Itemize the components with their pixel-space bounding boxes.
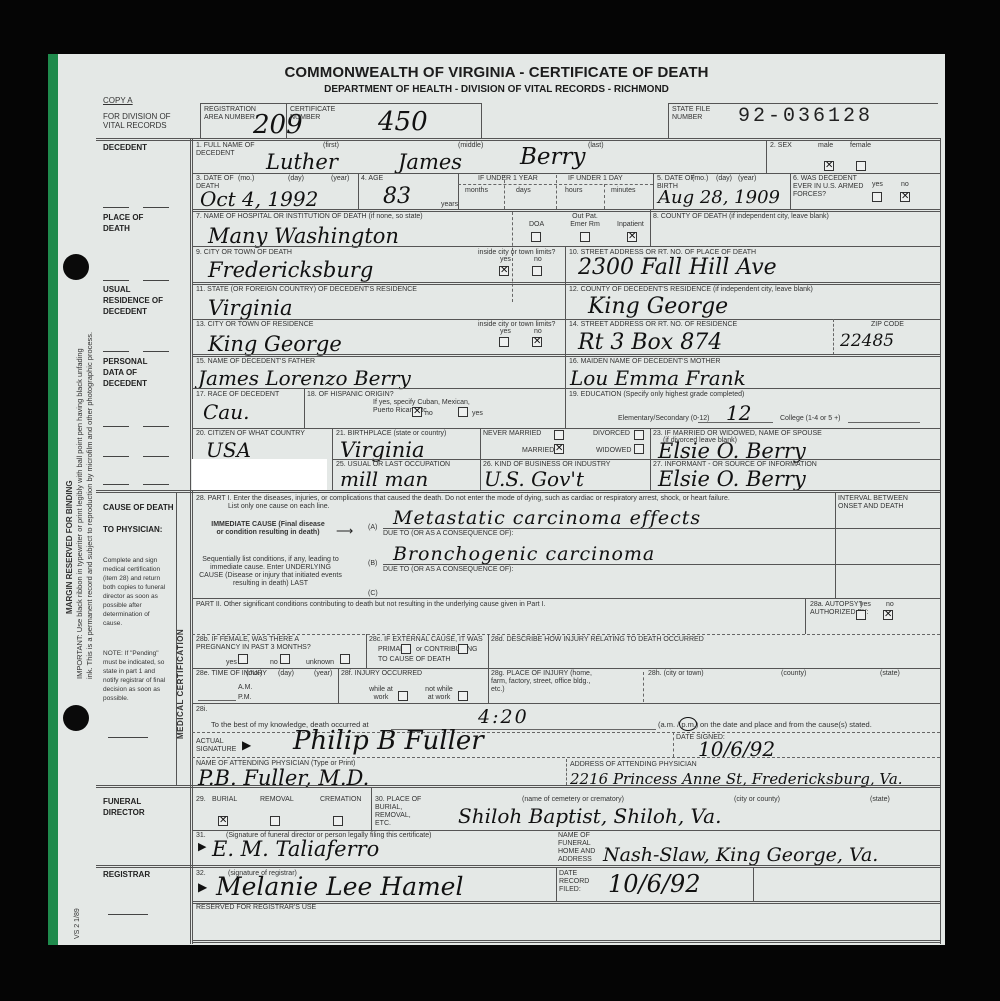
- middle-name-hint: (middle): [458, 142, 483, 150]
- days-label: days: [516, 187, 531, 195]
- residence-city: King George: [208, 332, 342, 356]
- f28f-label: 28f. INJURY OCCURRED: [341, 670, 422, 678]
- female-label: female: [850, 142, 871, 150]
- zip-code: 22485: [840, 331, 894, 351]
- f3-year: (year): [331, 175, 349, 183]
- death-inside-limits-no-checkbox[interactable]: [532, 266, 542, 276]
- pm-label: P.M.: [238, 694, 252, 702]
- margin-reserved-text: MARGIN RESERVED FOR BINDING: [65, 480, 74, 614]
- occupation: mill man: [340, 467, 428, 491]
- f20-label: 20. CITIZEN OF WHAT COUNTRY: [196, 430, 305, 438]
- date-of-birth: Aug 28, 1909: [658, 187, 780, 208]
- pregnancy-yes-checkbox[interactable]: [238, 654, 248, 664]
- f15-label: 15. NAME OF DECEDENT'S FATHER: [196, 358, 315, 366]
- zip-label: ZIP CODE: [871, 321, 904, 329]
- copy-for-label: FOR DIVISION OF VITAL RECORDS: [103, 112, 183, 130]
- business-industry: U.S. Gov't: [484, 467, 584, 491]
- f3-day: (day): [288, 175, 304, 183]
- certificate-value: 450: [378, 107, 428, 137]
- place-of-burial: Shiloh Baptist, Shiloh, Va.: [458, 804, 721, 828]
- due-to-label-b: DUE TO (OR AS A CONSEQUENCE OF):: [383, 566, 513, 574]
- form-code: VS 2 1/89: [74, 908, 81, 939]
- f7-label: 7. NAME OF HOSPITAL OR INSTITUTION OF DE…: [196, 213, 423, 221]
- f6-label: 6. WAS DECEDENT EVER IN U.S. ARMED FORCE…: [793, 175, 865, 199]
- f28b-label: 28b. IF FEMALE, WAS THERE A PREGNANCY IN…: [196, 636, 326, 652]
- immediate-cause-label: IMMEDIATE CAUSE (Final disease or condit…: [208, 521, 328, 537]
- f13-label: 13. CITY OR TOWN OF RESIDENCE: [196, 321, 313, 329]
- burial-label: BURIAL: [212, 796, 237, 804]
- age-unit: years: [441, 201, 458, 209]
- f16-label: 16. MAIDEN NAME OF DECEDENT'S MOTHER: [569, 358, 720, 366]
- f5-day: (day): [716, 175, 732, 183]
- f28e-day: (day): [278, 670, 294, 678]
- cause-b-label: (B): [368, 560, 377, 568]
- autopsy-no-checkbox[interactable]: [883, 610, 893, 620]
- mother-maiden-name: Lou Emma Frank: [570, 366, 746, 390]
- cremation-checkbox[interactable]: [333, 816, 343, 826]
- section-registrar: REGISTRAR: [103, 869, 150, 880]
- cause-c-label: (C): [368, 590, 378, 598]
- physician-signature[interactable]: Philip B Fuller: [293, 726, 484, 756]
- physician-address-label: ADDRESS OF ATTENDING PHYSICIAN: [570, 761, 697, 769]
- widowed-label: WIDOWED: [596, 447, 631, 455]
- am-label: A.M.: [238, 684, 252, 692]
- inpatient-checkbox[interactable]: [627, 232, 637, 242]
- signature-pointer-icon: ▶: [198, 880, 207, 894]
- f5-mo: (mo.): [692, 175, 708, 183]
- section-cause-of-death: CAUSE OF DEATH: [103, 502, 174, 513]
- f9-no-label: no: [534, 256, 542, 264]
- f13-limits-label: inside city or town limits?: [478, 321, 555, 329]
- pm-circle-mark: [679, 717, 697, 731]
- to-cause-of-death-label: TO CAUSE OF DEATH: [378, 656, 450, 664]
- state-file-value: 92-036128: [738, 105, 873, 128]
- married-checkbox[interactable]: [554, 444, 564, 454]
- f28h-state: (state): [880, 670, 900, 678]
- certificate-label: CERTIFICATE NUMBER: [290, 106, 340, 122]
- hispanic-yes-label: yes: [472, 410, 483, 418]
- first-name-hint: (first): [323, 142, 339, 150]
- doa-label: DOA: [529, 221, 544, 229]
- important-text: IMPORTANT: Use black ribbon in typewrite…: [75, 348, 84, 679]
- important-text-2: ink. This is a permanent record and subj…: [85, 332, 94, 679]
- armed-no-label: no: [901, 181, 909, 189]
- informant: Elsie O. Berry: [658, 467, 806, 491]
- f28h-county: (county): [781, 670, 806, 678]
- f11-label: 11. STATE (OR FOREIGN COUNTRY) OF DECEDE…: [196, 286, 417, 294]
- hispanic-yes-checkbox[interactable]: [458, 407, 468, 417]
- signature-pointer-icon: ▶: [242, 738, 251, 752]
- date-filed-label: DATE RECORD FILED:: [559, 870, 609, 894]
- sex-male-checkbox[interactable]: [824, 161, 834, 171]
- removal-label: REMOVAL: [260, 796, 294, 804]
- f9-limits-label: inside city or town limits?: [478, 249, 555, 257]
- burial-checkbox[interactable]: [218, 816, 228, 826]
- cremation-label: CREMATION: [320, 796, 361, 804]
- never-married-checkbox[interactable]: [554, 430, 564, 440]
- hospital-name: Many Washington: [208, 224, 399, 248]
- f17-label: 17. RACE OF DECEDENT: [196, 391, 279, 399]
- to-physician-heading: TO PHYSICIAN:: [103, 524, 163, 535]
- residence-street: Rt 3 Box 874: [578, 330, 722, 355]
- middle-name: James: [398, 150, 462, 174]
- f28e-year: (year): [314, 670, 332, 678]
- registrar-reserved-label: RESERVED FOR REGISTRAR'S USE: [196, 904, 316, 912]
- under-1-year-label: IF UNDER 1 YEAR: [478, 175, 538, 183]
- green-edge-strip: [48, 54, 58, 945]
- f28h-label: 28h. (city or town): [648, 670, 704, 678]
- autopsy-yes-checkbox[interactable]: [856, 610, 866, 620]
- funeral-director-signature[interactable]: E. M. Taliaferro: [212, 837, 379, 861]
- pregnancy-no-label: no: [270, 659, 278, 667]
- f12-label: 12. COUNTY OF DECEDENT'S RESIDENCE (if i…: [569, 286, 813, 294]
- section-usual-residence: USUAL RESIDENCE OF DECEDENT: [103, 284, 173, 317]
- date-of-death: Oct 4, 1992: [200, 187, 318, 211]
- residence-county: King George: [588, 294, 728, 319]
- armed-forces-yes-checkbox[interactable]: [872, 192, 882, 202]
- section-decedent: DECEDENT: [103, 142, 147, 153]
- father-name: James Lorenzo Berry: [198, 366, 411, 390]
- hispanic-no-checkbox[interactable]: [412, 407, 422, 417]
- under-1-day-label: IF UNDER 1 DAY: [568, 175, 623, 183]
- divorced-label: DIVORCED: [593, 430, 630, 438]
- race: Cau.: [203, 400, 249, 424]
- f18-hint: If yes, specify Cuban, Mexican, Puerto R…: [313, 399, 473, 415]
- binder-hole: [63, 705, 89, 731]
- f3-mo: (mo.): [238, 175, 254, 183]
- pregnancy-unknown-checkbox[interactable]: [340, 654, 350, 664]
- f1-label: 1. FULL NAME OF DECEDENT: [196, 142, 266, 158]
- married-label: MARRIED: [522, 447, 554, 455]
- interval-label: INTERVAL BETWEEN ONSET AND DEATH: [838, 495, 908, 511]
- divorced-checkbox[interactable]: [634, 430, 644, 440]
- doa-checkbox[interactable]: [531, 232, 541, 242]
- f28i-label: 28i.: [196, 706, 207, 714]
- cause-a-label: (A): [368, 524, 377, 532]
- city-of-death: Fredericksburg: [208, 258, 373, 282]
- age: 83: [383, 184, 411, 209]
- not-while-at-work-label: not while at work: [422, 686, 456, 702]
- city-county-hint: (city or county): [734, 796, 780, 804]
- f32-label: 32.: [196, 870, 206, 878]
- signature-pointer-icon: ▶: [198, 840, 206, 853]
- contributing-cause-checkbox[interactable]: [458, 644, 468, 654]
- while-at-work-label: while at work: [366, 686, 396, 702]
- last-name: Berry: [520, 144, 586, 170]
- f13-yes-label: yes: [500, 328, 511, 336]
- cemetery-hint: (name of cemetery or crematory): [522, 796, 624, 804]
- death-street-address: 2300 Fall Hill Ave: [578, 255, 777, 280]
- never-married-label: NEVER MARRIED: [483, 430, 541, 438]
- f21-label: 21. BIRTHPLACE (state or country): [336, 430, 446, 438]
- f19-label: 19. EDUCATION (Specify only highest grad…: [569, 391, 744, 399]
- actual-signature-label: ACTUAL SIGNATURE: [196, 738, 236, 754]
- outpatient-checkbox[interactable]: [580, 232, 590, 242]
- sex-female-checkbox[interactable]: [856, 161, 866, 171]
- f28g-label: 28g. PLACE OF INJURY (home, farm, factor…: [491, 670, 601, 694]
- redacted-field: [192, 459, 327, 491]
- pregnancy-yes-label: yes: [226, 659, 237, 667]
- hispanic-no-label: no: [425, 410, 433, 418]
- education-elementary: 12: [726, 401, 751, 425]
- copy-label: COPY A: [103, 97, 133, 105]
- f30-label: 30. PLACE OF BURIAL, REMOVAL, ETC.: [375, 796, 427, 828]
- medical-certification-label: MEDICAL CERTIFICATION: [176, 629, 185, 739]
- widowed-checkbox[interactable]: [634, 444, 644, 454]
- inpatient-label: Inpatient: [617, 221, 644, 229]
- residence-inside-limits-no-checkbox[interactable]: [532, 337, 542, 347]
- while-at-work-checkbox[interactable]: [398, 691, 408, 701]
- f9-label: 9. CITY OR TOWN OF DEATH: [196, 249, 292, 257]
- college-label: College (1-4 or 5 +): [780, 415, 841, 423]
- minutes-label: minutes: [611, 187, 636, 195]
- removal-checkbox[interactable]: [270, 816, 280, 826]
- death-inside-limits-yes-checkbox[interactable]: [499, 266, 509, 276]
- contributing-label: or CONTRIBUTING: [416, 646, 477, 654]
- male-label: male: [818, 142, 833, 150]
- f28e-mo: (mo.): [246, 670, 262, 678]
- sequential-label: Sequentially list conditions, if any, le…: [198, 556, 343, 588]
- date-filed: 10/6/92: [608, 870, 701, 898]
- state-file-label: STATE FILE NUMBER: [672, 106, 722, 122]
- part2-label: PART II. Other significant conditions co…: [196, 601, 545, 609]
- pregnancy-no-checkbox[interactable]: [280, 654, 290, 664]
- time-of-death: 4:20: [478, 706, 529, 728]
- pregnancy-unknown-label: unknown: [306, 659, 334, 667]
- cause-a: Metastatic carcinoma effects: [393, 507, 701, 529]
- not-while-at-work-checkbox[interactable]: [458, 691, 468, 701]
- death-occurred-tail: on the date and place and from the cause…: [700, 721, 872, 729]
- due-to-label-a: DUE TO (OR AS A CONSEQUENCE OF):: [383, 530, 513, 538]
- part1-instructions-2: List only one cause on each line.: [228, 503, 330, 511]
- binder-hole: [63, 254, 89, 280]
- funeral-home: Nash-Slaw, King George, Va.: [603, 844, 878, 866]
- pending-note: NOTE: If "Pending" must be indicated, so…: [103, 649, 168, 703]
- residence-inside-limits-yes-checkbox[interactable]: [499, 337, 509, 347]
- f5-year: (year): [738, 175, 756, 183]
- death-certificate: MARGIN RESERVED FOR BINDING IMPORTANT: U…: [48, 54, 945, 945]
- f4-label: 4. AGE: [361, 175, 383, 183]
- f18-label: 18. OF HISPANIC ORIGIN?: [307, 391, 394, 399]
- part1-instructions: 28. PART I. Enter the diseases, injuries…: [196, 495, 796, 503]
- f8-label: 8. COUNTY OF DEATH (if independent city,…: [653, 213, 829, 221]
- f13-no-label: no: [534, 328, 542, 336]
- section-personal-data: PERSONAL DATA OF DECEDENT: [103, 356, 163, 389]
- f28d-label: 28d. DESCRIBE HOW INJURY RELATING TO DEA…: [491, 636, 704, 644]
- armed-forces-no-checkbox[interactable]: [900, 192, 910, 202]
- f31-label: 31.: [196, 832, 206, 840]
- outpat-label: Out Pat. Emer Rm: [565, 213, 605, 229]
- funeral-home-label: NAME OF FUNERAL HOME AND ADDRESS: [558, 832, 598, 864]
- autopsy-no-label: no: [886, 601, 894, 609]
- section-place-of-death: PLACE OF DEATH: [103, 212, 163, 234]
- cause-b: Bronchogenic carcinoma: [393, 543, 655, 565]
- f28c-label: 28c. IF EXTERNAL CAUSE, IT WAS: [369, 636, 483, 644]
- f29-label: 29.: [196, 796, 206, 804]
- f9-yes-label: yes: [500, 256, 511, 264]
- armed-yes-label: yes: [872, 181, 883, 189]
- last-name-hint: (last): [588, 142, 604, 150]
- autopsy-yes-label: yes: [860, 601, 871, 609]
- certificate-title: COMMONWEALTH OF VIRGINIA - CERTIFICATE O…: [48, 64, 945, 81]
- first-name: Luther: [266, 150, 338, 174]
- arrow-icon: ⟶: [336, 524, 353, 538]
- primary-cause-checkbox[interactable]: [401, 644, 411, 654]
- physician-instructions: Complete and sign medical certification …: [103, 556, 168, 628]
- f2-label: 2. SEX: [770, 142, 792, 150]
- hours-label: hours: [565, 187, 583, 195]
- section-funeral-director: FUNERAL DIRECTOR: [103, 796, 163, 818]
- state-hint: (state): [870, 796, 890, 804]
- certificate-subtitle: DEPARTMENT OF HEALTH - DIVISION OF VITAL…: [48, 84, 945, 95]
- registrar-signature[interactable]: Melanie Lee Hamel: [216, 872, 463, 901]
- months-label: months: [465, 187, 488, 195]
- elementary-label: Elementary/Secondary (0-12): [618, 415, 709, 423]
- residence-state: Virginia: [208, 296, 292, 320]
- f14-label: 14. STREET ADDRESS OR RT. NO. OF RESIDEN…: [569, 321, 737, 329]
